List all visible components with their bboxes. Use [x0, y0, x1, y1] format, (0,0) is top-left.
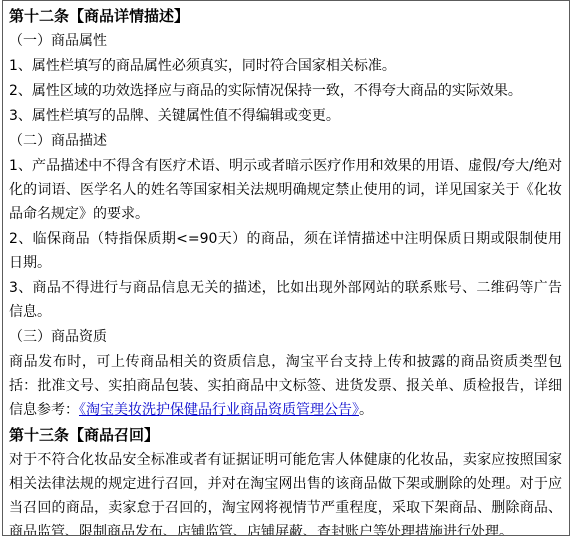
subheading-product-qualification: （三）商品资质 [9, 325, 562, 349]
paragraph-recall: 对于不符合化妆品安全标准或者有证据证明可能危害人体健康的化妆品，卖家应按照国家相… [9, 448, 562, 536]
paragraph-desc-3: 3、商品不得进行与商品信息无关的描述，比如出现外部网站的联系账号、二维码等广告信… [9, 276, 562, 324]
paragraph-desc-2: 2、临保商品（特指保质期<=90天）的商品，须在详情描述中注明保质日期或限制使用… [9, 227, 562, 275]
paragraph-attr-2: 2、属性区域的功效选择应与商品的实际情况保持一致，不得夸大商品的实际效果。 [9, 79, 562, 103]
paragraph-desc-1: 1、产品描述中不得含有医疗术语、明示或者暗示医疗作用和效果的用语、虚假/夸大/绝… [9, 154, 562, 226]
subheading-product-attributes: （一）商品属性 [9, 29, 562, 53]
policy-document-panel: 第十二条【商品详情描述】 （一）商品属性 1、属性栏填写的商品属性必须真实，同时… [2, 0, 570, 536]
subheading-product-description: （二）商品描述 [9, 129, 562, 153]
article-13-heading: 第十三条【商品召回】 [9, 423, 562, 447]
page: 第十二条【商品详情描述】 （一）商品属性 1、属性栏填写的商品属性必须真实，同时… [0, 0, 579, 540]
paragraph-attr-1: 1、属性栏填写的商品属性必须真实，同时符合国家相关标准。 [9, 54, 562, 78]
qualification-announcement-link[interactable]: 《淘宝美妆洗护保健品行业商品资质管理公告》 [79, 402, 359, 418]
paragraph-attr-3: 3、属性栏填写的品牌、关键属性值不得编辑或变更。 [9, 104, 562, 128]
qualification-text-after: 。 [359, 402, 373, 418]
paragraph-qualification: 商品发布时，可上传商品相关的资质信息，淘宝平台支持上传和披露的商品资质类型包括：… [9, 350, 562, 422]
article-12-heading: 第十二条【商品详情描述】 [9, 4, 562, 28]
